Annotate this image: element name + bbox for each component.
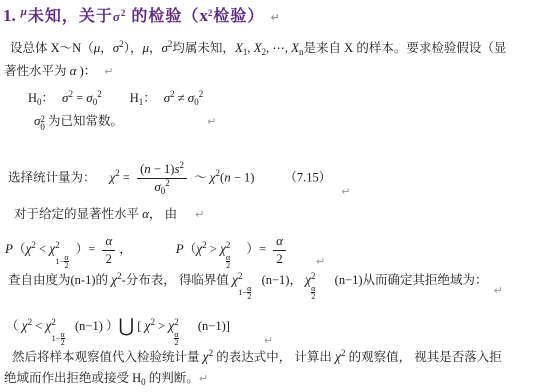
chi-squared-symbol: χ2 [111, 272, 121, 289]
superscript: 2 [97, 89, 102, 99]
tiny-fraction: α2 [226, 254, 230, 269]
math-var: σ [113, 9, 121, 24]
roman-run: > [207, 242, 220, 256]
text-run: 从而确定其拒绝域为： [363, 273, 488, 287]
text-run: （ [184, 242, 197, 256]
chi-glyph: χ [203, 349, 209, 364]
pilcrow-icon: ↵ [316, 255, 325, 268]
tiny-fraction: α2 [64, 254, 68, 269]
subscript: 2 [262, 47, 267, 57]
roman-run: (n−1) [72, 319, 106, 333]
math-var: P [5, 241, 13, 256]
text-run: 查自由度为(n-1)的 [8, 273, 111, 287]
superscript: 2 [121, 8, 127, 18]
superscript: 2 [168, 39, 173, 49]
chi-squared-symbol: χ2α2 [220, 241, 230, 258]
superscript: 2 [117, 271, 122, 281]
numerator: α [311, 285, 315, 292]
chi-subscript: α2 [226, 254, 230, 269]
pilcrow-icon: ↵ [195, 208, 204, 221]
roman-run: = [88, 242, 98, 256]
text-run: 是来自 X 的样本。要求检验假设（显 [304, 41, 507, 55]
superscript: 2 [180, 160, 185, 170]
text-run: )： [76, 64, 96, 78]
math-var: P [176, 241, 184, 256]
roman-run: (n−1) [332, 273, 363, 287]
union-icon: ⋃ [119, 316, 135, 337]
roman-run: < [32, 319, 45, 333]
numerator: α [64, 254, 68, 261]
roman-run: ≠ [175, 91, 188, 105]
denominator: 2 [102, 250, 115, 266]
superscript: 2 [226, 240, 231, 250]
chi-squared-symbol: χ21−α2 [45, 318, 55, 335]
fraction: α2 [102, 234, 115, 266]
numerator: α [273, 234, 286, 250]
conclusion-line-1: 然后将样本观察值代入检验统计量 χ2 的表达式中， 计算出 χ2 的观察值， 视… [12, 349, 502, 366]
text-run: ， [119, 242, 132, 256]
roman-run: x [199, 6, 208, 25]
pilcrow-icon: ↵ [264, 334, 273, 347]
denominator: 2 [311, 292, 315, 300]
text-run: 均属未知， [172, 41, 235, 55]
math-var: α [276, 233, 283, 248]
denominator: 2 [174, 338, 178, 346]
intro-line-1: 设总体 X～N（μ，σ2），μ，σ2均属未知，X1, X2, ⋯, Xn是来自 … [10, 40, 506, 57]
text-run: 选择统计量为： [8, 170, 96, 184]
text-run: 的检验（ [126, 8, 199, 25]
chi-subscript: α2 [174, 331, 178, 346]
text-run: ， [289, 273, 305, 287]
text-run: （ [81, 41, 94, 55]
chi-squared-symbol: χ2 [196, 241, 206, 258]
superscript: 2 [174, 317, 179, 327]
tiny-fraction: α2 [174, 331, 178, 346]
math-var: s [174, 161, 179, 176]
math-var: σ [154, 179, 160, 194]
pilcrow-icon: ↵ [104, 65, 113, 78]
roman-run: 1− [55, 256, 64, 267]
document-page: 1.μ未知，关于σ2 的检验（x2检验）↵ 设总体 X～N（μ，σ2），μ，σ2… [0, 0, 537, 392]
text-run: ） [76, 242, 89, 256]
superscript: 2 [202, 240, 207, 250]
text-run: 然后将样本观察值代入检验统计量 [12, 350, 203, 364]
probability-equations-line: P（χ2 < χ21−α2）= α2，P（χ2 > χ2α2）= α2↵ [5, 234, 325, 266]
roman-run: X～N [51, 41, 82, 55]
roman-run: > [155, 319, 168, 333]
text-run: 设总体 [10, 41, 51, 55]
text-run: -分布表， 得临界值 [122, 273, 232, 287]
rejection-region-line: （ χ2 < χ21−α2 (n−1) ）⋃ [ χ2 > χ2α2 (n−1)… [6, 313, 273, 337]
math-var: α [105, 233, 112, 248]
roman-run: H [28, 91, 37, 105]
denominator: 2 [226, 261, 230, 269]
chi-squared-symbol: χ2 [145, 318, 155, 335]
chi-squared-symbol: χ2α2 [305, 272, 315, 289]
text-run: ， [100, 41, 113, 55]
text-run: ： [42, 91, 55, 105]
superscript: 2 [51, 317, 56, 327]
chi-subscript: α2 [311, 285, 315, 300]
text-run: 绝域而作出拒绝或接受 [4, 371, 132, 385]
superscript: 2 [341, 348, 346, 358]
superscript: 2 [209, 348, 214, 358]
chi-squared-symbol: χ2 [203, 349, 213, 366]
math-var: X [291, 40, 299, 55]
text-run: ） [106, 319, 119, 333]
math-var: χ [210, 169, 216, 184]
text-run: 的表达式中， 计算出 [213, 350, 335, 364]
subscript: 1 [243, 47, 248, 57]
chi-glyph: χ [22, 318, 28, 333]
math-var: α [142, 206, 149, 221]
denominator: 2 [64, 261, 68, 269]
pilcrow-icon: ↵ [341, 185, 350, 198]
numerator: α [247, 285, 251, 292]
denominator: 2 [247, 292, 251, 300]
superscript: 2 [216, 168, 221, 178]
superscript: 2 [68, 89, 73, 99]
text-run: ： [143, 91, 156, 105]
pilcrow-icon: ↵ [207, 115, 216, 128]
pilcrow-icon: ↵ [494, 284, 503, 297]
roman-run: − 1) [151, 162, 175, 176]
chi-subscript: 1−α2 [238, 285, 251, 300]
roman-run: 2 [106, 252, 112, 266]
constant-note-line: σ20 为已知常数。↵ [34, 113, 216, 131]
text-run: ， 由 [149, 207, 177, 221]
roman-run: H [132, 371, 141, 385]
statistic-formula-line: 选择统计量为：χ2 = (n − 1)s2σ02 ～ χ2(n − 1)（7.1… [8, 162, 351, 195]
superscript: 2 [208, 8, 214, 18]
alpha-intro-line: 对于给定的显著性水平 α， 由↵ [14, 206, 204, 223]
subscript: 0 [141, 377, 146, 387]
numerator: (n − 1)s2 [137, 162, 187, 178]
fraction: α2 [273, 234, 286, 266]
superscript: 2 [165, 178, 170, 188]
subscript: 0 [37, 97, 42, 107]
superscript: 2 [31, 240, 36, 250]
text-run: ， [149, 41, 162, 55]
intro-line-2: 著性水平为 α )：↵ [4, 63, 113, 80]
roman-run: = [259, 242, 269, 256]
text-run: （ [6, 319, 22, 333]
roman-run: < [36, 242, 49, 256]
numerator: α [61, 331, 65, 338]
chi-squared-symbol: χ2 [335, 349, 345, 366]
roman-run: 1− [238, 287, 247, 298]
superscript: 2 [199, 89, 204, 99]
math-sup-var: μ [21, 6, 28, 18]
roman-run: H [130, 91, 139, 105]
text-run: 未知，关于 [28, 8, 113, 25]
text-run: 著性水平为 [4, 64, 70, 78]
text-run: ）， [124, 41, 143, 55]
numerator: α [226, 254, 230, 261]
text-run: 的观察值， 视其是否落入拒 [345, 350, 501, 364]
math-var: X [235, 40, 243, 55]
heading: 1.μ未知，关于σ2 的检验（x2检验）↵ [3, 5, 281, 27]
math-var: σ [162, 40, 168, 55]
chi-subscript: 1−α2 [51, 331, 64, 346]
pilcrow-icon: ↵ [199, 372, 208, 385]
chi-squared-symbol: χ21−α2 [49, 241, 59, 258]
roman-run: (n−1)] [195, 319, 230, 333]
text-run: 检验） [213, 8, 264, 25]
roman-run: = [73, 91, 86, 105]
text-run: 的判断。 [146, 371, 199, 385]
critical-values-line: 查自由度为(n-1)的 χ2-分布表， 得临界值 χ21−α2 (n−1)， χ… [8, 272, 503, 289]
roman-run: (n−1) [258, 273, 289, 287]
roman-run: , ⋯, [266, 41, 291, 55]
numerator: α [102, 234, 115, 250]
text-run: ） [246, 242, 259, 256]
roman-run: 2 [276, 252, 282, 266]
fraction: (n − 1)s2σ02 [137, 162, 187, 195]
superscript: 2 [55, 240, 60, 250]
conclusion-line-2: 绝域而作出拒绝或接受 H0 的判断。↵ [4, 371, 208, 387]
superscript: 2 [311, 271, 316, 281]
roman-run: ～ [191, 170, 210, 184]
denominator: σ02 [137, 178, 187, 195]
chi-squared-symbol: χ2 [25, 241, 35, 258]
tiny-fraction: α2 [311, 285, 315, 300]
chi-squared-symbol: χ21−α2 [232, 272, 242, 289]
roman-run: = [120, 170, 133, 184]
superscript: 2 [28, 317, 33, 327]
tiny-fraction: α2 [61, 331, 65, 346]
chi-squared-symbol: χ2 [22, 318, 32, 335]
roman-run: 1. [3, 6, 16, 25]
subscript: n [299, 47, 304, 57]
pilcrow-icon: ↵ [270, 11, 280, 24]
subscript: 1 [139, 97, 144, 107]
math-var: σ [86, 90, 92, 105]
math-var: X [254, 40, 262, 55]
roman-run: 1− [51, 333, 60, 344]
roman-run: − 1) [231, 170, 255, 184]
text-run: 对于给定的显著性水平 [14, 207, 142, 221]
superscript: 2 [150, 317, 155, 327]
superscript: 2 [238, 271, 243, 281]
superscript: 2 [170, 89, 175, 99]
text-run: （ [13, 242, 26, 256]
hypotheses-line: H0：σ2 = σ02H1：σ2 ≠ σ02 [28, 90, 203, 107]
chi-squared-symbol: χ2α2 [168, 318, 178, 335]
numerator: α [174, 331, 178, 338]
tiny-fraction: α2 [247, 285, 251, 300]
denominator: 2 [273, 250, 286, 266]
superscript: 2 [119, 39, 124, 49]
superscript: 2 [115, 168, 120, 178]
denominator: 2 [61, 338, 65, 346]
text-run: 为已知常数。 [45, 114, 123, 128]
text-run: （7.15） [284, 170, 331, 184]
roman-run: [ [134, 319, 144, 333]
chi-subscript: 1−α2 [55, 254, 68, 269]
